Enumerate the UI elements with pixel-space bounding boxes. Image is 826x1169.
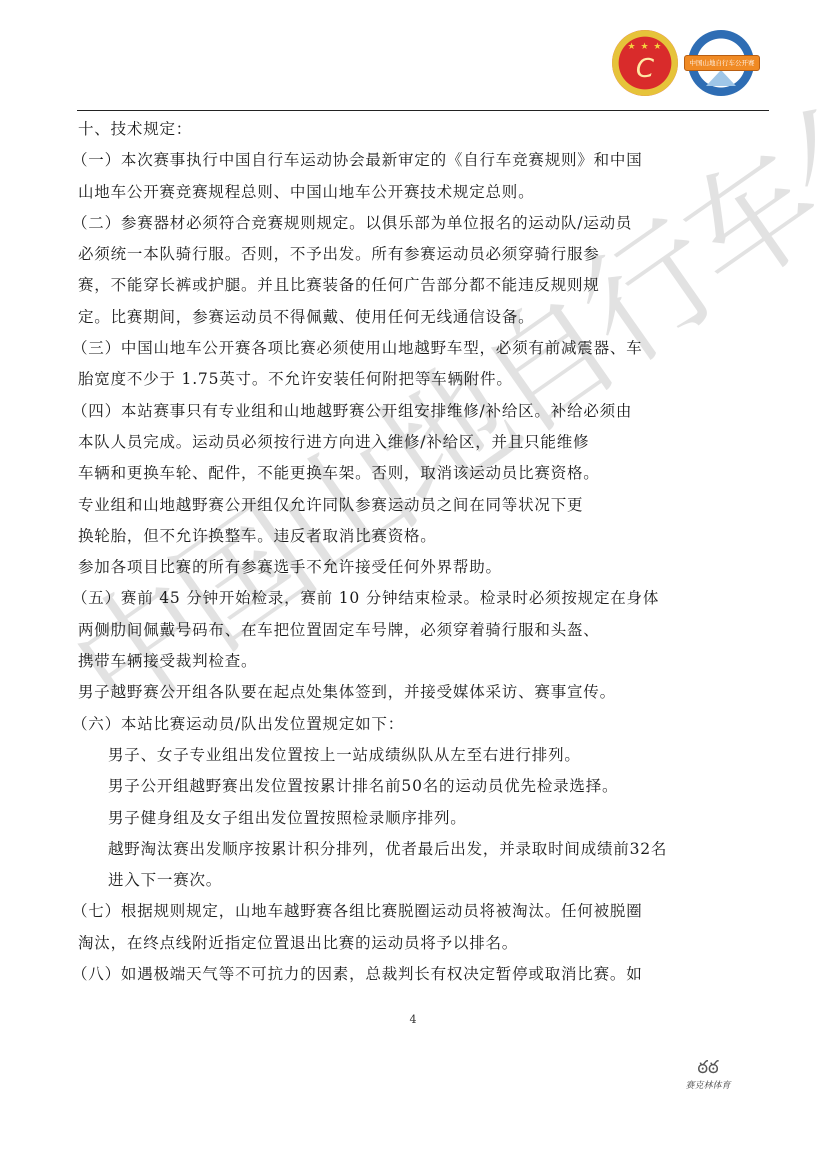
paragraph-line: 进入下一赛次。 xyxy=(78,865,698,896)
paragraph-line: （五）赛前 45 分钟开始检录，赛前 10 分钟结束检录。检录时必须按规定在身体 xyxy=(72,583,698,614)
paragraph-line: 男子公开组越野赛出发位置按累计排名前50名的运动员优先检录选择。 xyxy=(78,771,698,802)
paragraph-line: 胎宽度不少于 1.75英寸。不允许安装任何附把等车辆附件。 xyxy=(78,364,698,395)
paragraph-line: （三）中国山地车公开赛各项比赛必须使用山地越野车型，必须有前减震器、车 xyxy=(72,333,698,364)
paragraph-line: 淘汰，在终点线附近指定位置退出比赛的运动员将予以排名。 xyxy=(78,928,698,959)
china-mtb-open-logo: 中国山地自行车公开赛 xyxy=(688,30,754,96)
paragraph-line: 参加各项目比赛的所有参赛选手不允许接受任何外界帮助。 xyxy=(78,552,698,583)
paragraph-line: 男子、女子专业组出发位置按上一站成绩纵队从左至右进行排列。 xyxy=(78,740,698,771)
paragraph-line: 携带车辆接受裁判检查。 xyxy=(78,646,698,677)
mountain-icon xyxy=(706,70,736,86)
paragraph-line: （二）参赛器材必须符合竞赛规则规定。以俱乐部为单位报名的运动队/运动员 xyxy=(72,208,698,239)
paragraph-line: 男子越野赛公开组各队要在起点处集体签到，并接受媒体采访、赛事宣传。 xyxy=(78,677,698,708)
paragraph-line: （七）根据规则规定，山地车越野赛各组比赛脱圈运动员将被淘汰。任何被脱圈 xyxy=(72,896,698,927)
footer-brand-logo: ఠఠ 赛克林体育 xyxy=(678,1058,738,1091)
paragraph-line: 必须统一本队骑行服。否则，不予出发。所有参赛运动员必须穿骑行服参 xyxy=(78,239,698,270)
paragraph-line: 专业组和山地越野赛公开组仅允许同队参赛运动员之间在同等状况下更 xyxy=(78,490,698,521)
paragraph-line: 越野淘汰赛出发顺序按累计积分排列，优者最后出发，并录取时间成绩前32名 xyxy=(78,834,698,865)
logo-banner: 中国山地自行车公开赛 xyxy=(684,55,760,71)
document-page: 中国山地自行车公开赛 ★ ★ ★ C 中国山地自行车公开赛 十、技术规定： （一… xyxy=(0,0,826,1169)
paragraph-line: 本队人员完成。运动员必须按行进方向进入维修/补给区，并且只能维修 xyxy=(78,427,698,458)
paragraph-line: （四）本站赛事只有专业组和山地越野赛公开组安排维修/补给区。补给必须由 xyxy=(72,396,698,427)
paragraph-line: （八）如遇极端天气等不可抗力的因素，总裁判长有权决定暂停或取消比赛。如 xyxy=(72,959,698,990)
paragraph-line: 两侧肋间佩戴号码布、在车把位置固定车号牌，必须穿着骑行服和头盔、 xyxy=(78,615,698,646)
document-body: 十、技术规定： （一）本次赛事执行中国自行车运动协会最新审定的《自行车竞赛规则》… xyxy=(78,114,698,990)
section-title: 十、技术规定： xyxy=(78,114,698,145)
paragraph-line: 男子健身组及女子组出发位置按照检录顺序排列。 xyxy=(78,803,698,834)
paragraph-line: 定。比赛期间，参赛运动员不得佩戴、使用任何无线通信设备。 xyxy=(78,302,698,333)
header-logos: ★ ★ ★ C 中国山地自行车公开赛 xyxy=(612,30,754,96)
paragraph-line: 山地车公开赛竞赛规程总则、中国山地车公开赛技术规定总则。 xyxy=(78,177,698,208)
paragraph-line: （六）本站比赛运动员/队出发位置规定如下： xyxy=(72,709,698,740)
paragraph-line: 赛，不能穿长裤或护腿。并且比赛装备的任何广告部分都不能违反规则规 xyxy=(78,270,698,301)
paragraph-line: （一）本次赛事执行中国自行车运动协会最新审定的《自行车竞赛规则》和中国 xyxy=(72,145,698,176)
bicycle-icon: ఠఠ xyxy=(678,1058,738,1078)
header-divider xyxy=(77,110,769,111)
paragraph-line: 车辆和更换车轮、配件，不能更换车架。否则，取消该运动员比赛资格。 xyxy=(78,458,698,489)
page-number: 4 xyxy=(0,1013,826,1026)
paragraph-line: 换轮胎，但不允许换整车。违反者取消比赛资格。 xyxy=(78,521,698,552)
cyclist-mark-icon: C xyxy=(612,54,678,84)
footer-brand-name: 赛克林体育 xyxy=(678,1078,738,1091)
chinese-cycling-association-logo: ★ ★ ★ C xyxy=(612,30,678,96)
stars-icon: ★ ★ ★ xyxy=(612,42,678,52)
